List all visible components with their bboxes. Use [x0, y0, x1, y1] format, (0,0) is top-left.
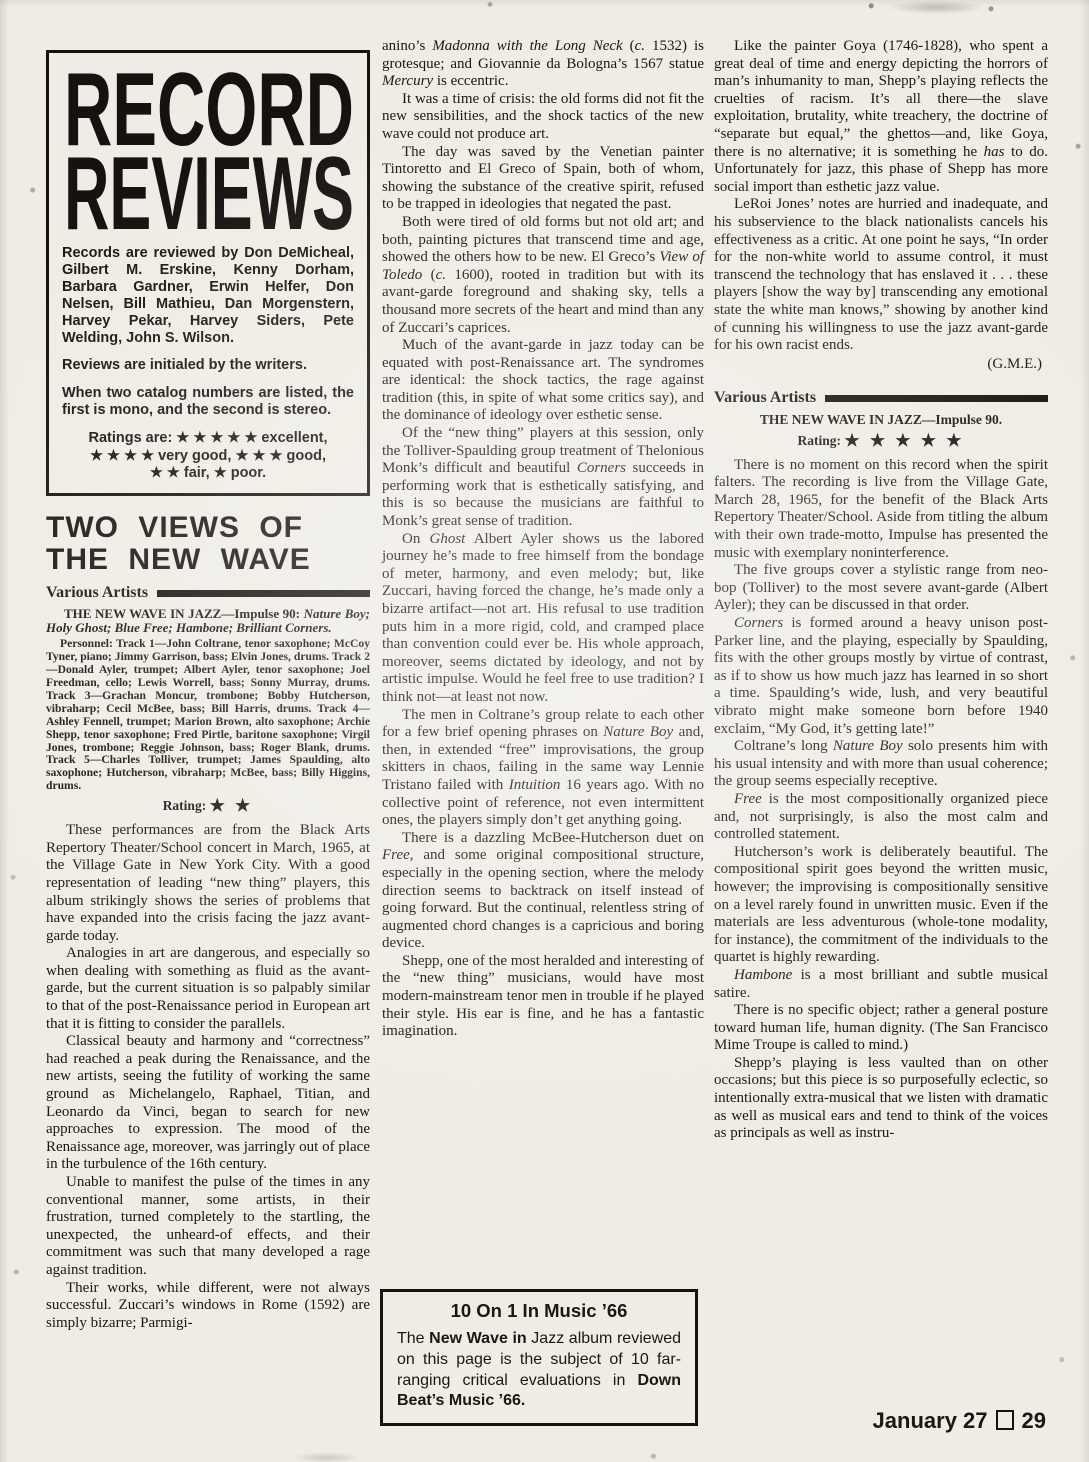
catalog-note: When two catalog numbers are listed, the… — [62, 385, 354, 419]
paragraph: Of the “new thing” players at this sessi… — [382, 425, 704, 531]
text-segment: c. — [635, 38, 645, 54]
ratings-legend: Ratings are: ★ ★ ★ ★ ★ excellent,★ ★ ★ ★… — [62, 430, 354, 483]
review2-body: There is no moment on this record when t… — [714, 457, 1048, 1143]
text-segment: is eccentric. — [433, 73, 508, 89]
promo-box: 10 On 1 In Music ’66 The New Wave in Jaz… — [380, 1289, 698, 1426]
heading-rule-bar — [157, 590, 370, 597]
paragraph: Analogies in art are dangerous, and espe… — [46, 945, 370, 1033]
text-segment: It was a time of crisis: the old forms d… — [382, 91, 704, 142]
record-reviews-logo: RECORD REVIEWS — [62, 67, 356, 233]
paragraph: These performances are from the Black Ar… — [46, 822, 370, 945]
text-segment: Ghost — [430, 531, 466, 547]
text-segment: Mercury — [382, 73, 433, 89]
text-segment: Free — [734, 791, 762, 807]
text-segment: ( — [422, 267, 435, 283]
promo-box-body: The New Wave in Jazz album reviewed on t… — [397, 1329, 681, 1412]
footer-square-icon — [996, 1410, 1014, 1430]
text-segment: Free, — [382, 847, 414, 863]
paragraph: Shepp, one of the most heralded and inte… — [382, 953, 704, 1041]
paragraph: It was a time of crisis: the old forms d… — [382, 91, 704, 144]
paragraph: On Ghost Albert Ayler shows us the labor… — [382, 531, 704, 707]
article-title: TWO VIEWS OFTHE NEW WAVE — [46, 512, 370, 576]
album-title-line-2: THE NEW WAVE IN JAZZ—Impulse 90. — [714, 412, 1048, 428]
paragraph: The five groups cover a stylistic range … — [714, 562, 1048, 615]
page-footer: January 2729 — [714, 1408, 1046, 1434]
text-line: TWO VIEWS OF — [46, 512, 370, 544]
reviewers-note: Records are reviewed by Don DeMicheal, G… — [62, 245, 354, 346]
text-segment: The five groups cover a stylistic range … — [714, 562, 1048, 613]
footer-issue-date: January 27 — [873, 1408, 988, 1433]
text-segment: There is a dazzling McBee-Hutcherson due… — [402, 830, 704, 846]
text-segment: Personnel: Track 1—John Coltrane, tenor … — [46, 637, 370, 792]
personnel-listing: Personnel: Track 1—John Coltrane, tenor … — [46, 638, 370, 793]
text-segment: is formed around a heavy unison post-Par… — [714, 615, 1048, 737]
paragraph: Like the painter Goya (1746-1828), who s… — [714, 38, 1048, 196]
text-segment: Intuition — [509, 777, 561, 793]
paragraph: There is a dazzling McBee-Hutcherson due… — [382, 830, 704, 953]
text-segment: and some original compositional structur… — [382, 847, 704, 951]
rating-line-2: Rating: ★ ★ ★ ★ ★ — [714, 431, 1048, 451]
paragraph: Corners is formed around a heavy unison … — [714, 615, 1048, 738]
paragraph: Much of the avant-garde in jazz today ca… — [382, 337, 704, 425]
paragraph: The day was saved by the Venetian painte… — [382, 144, 704, 214]
paragraph: Both were tired of old forms but not old… — [382, 214, 704, 337]
text-segment: is the most compositionally organized pi… — [714, 791, 1048, 842]
text-segment: ( — [623, 38, 635, 54]
text-segment: Nature Boy — [833, 738, 903, 754]
text-segment: The day was saved by the Venetian painte… — [382, 144, 704, 213]
text-segment: Analogies in art are dangerous, and espe… — [46, 945, 370, 1031]
text-segment: Unable to manifest the pulse of the time… — [46, 1174, 370, 1278]
text-segment: Nature Boy — [603, 724, 673, 740]
text-segment: There is no specific object; rather a ge… — [714, 1002, 1048, 1053]
rating-stars: ★ ★ ★ ★ ★ — [844, 431, 964, 450]
text-segment: Much of the avant-garde in jazz today ca… — [382, 337, 704, 423]
text-segment: New Wave in — [429, 1330, 527, 1347]
record-reviews-header-box: RECORD REVIEWS Records are reviewed by D… — [46, 50, 370, 496]
paragraph: Shepp’s playing is less vaulted than on … — [714, 1055, 1048, 1143]
text-segment: anino’s — [382, 38, 432, 54]
text-segment: LeRoi Jones’ notes are hurried and inade… — [714, 196, 1048, 353]
text-segment: Hambone — [734, 967, 792, 983]
album-title-line: THE NEW WAVE IN JAZZ—Impulse 90: Nature … — [46, 607, 370, 637]
paragraph: The men in Coltrane’s group relate to ea… — [382, 707, 704, 830]
artist-label: Various Artists — [714, 389, 816, 407]
rating-line: Rating: ★ ★ — [46, 796, 370, 816]
text-segment: Classical beauty and harmony and “correc… — [46, 1033, 370, 1172]
text-segment: Their works, while different, were not a… — [46, 1280, 370, 1331]
right-column-body: Like the painter Goya (1746-1828), who s… — [714, 38, 1048, 355]
heading-rule-bar — [825, 395, 1048, 402]
text-line: Ratings are: ★ ★ ★ ★ ★ excellent, — [62, 430, 354, 448]
initialed-note: Reviews are initialed by the writers. — [62, 357, 354, 374]
rating-label: Rating: — [797, 433, 841, 448]
paragraph: Coltrane’s long Nature Boy solo presents… — [714, 738, 1048, 791]
text-segment: c. — [436, 267, 446, 283]
text-segment: Shepp, one of the most heralded and inte… — [382, 953, 704, 1039]
right-column: Like the painter Goya (1746-1828), who s… — [714, 38, 1048, 1143]
text-segment: has — [984, 144, 1005, 160]
text-line: THE NEW WAVE — [46, 544, 370, 576]
text-segment: Hutcherson’s work is deliberately beauti… — [714, 844, 1048, 966]
text-line: ★ ★ ★ ★ very good, ★ ★ ★ good, — [62, 448, 354, 466]
text-segment: These performances are from the Black Ar… — [46, 822, 370, 944]
text-segment: Albert Ayler shows us the labored journe… — [382, 531, 704, 705]
text-line: ★ ★ fair, ★ poor. — [62, 465, 354, 483]
artist-label: Various Artists — [46, 584, 148, 602]
footer-page-number: 29 — [1022, 1408, 1046, 1433]
middle-column: anino’s Madonna with the Long Neck (c. 1… — [382, 38, 704, 1041]
reviewer-initials: (G.M.E.) — [714, 356, 1048, 373]
paragraph: Classical beauty and harmony and “correc… — [46, 1033, 370, 1174]
left-column: RECORD REVIEWS Records are reviewed by D… — [46, 50, 370, 1332]
paragraph: Their works, while different, were not a… — [46, 1280, 370, 1333]
left-column-body: These performances are from the Black Ar… — [46, 822, 370, 1332]
text-segment: Coltrane’s long — [734, 738, 833, 754]
text-segment: THE NEW WAVE IN JAZZ—Impulse 90: — [64, 606, 304, 621]
artist-heading: Various Artists — [46, 584, 370, 602]
text-segment: On — [402, 531, 430, 547]
logo-line-2: REVIEWS — [64, 136, 354, 233]
paragraph: Unable to manifest the pulse of the time… — [46, 1174, 370, 1280]
paragraph: Hutcherson’s work is deliberately beauti… — [714, 844, 1048, 967]
text-segment: The — [397, 1330, 429, 1347]
paragraph: There is no specific object; rather a ge… — [714, 1002, 1048, 1055]
middle-column-body: anino’s Madonna with the Long Neck (c. 1… — [382, 38, 704, 1041]
paragraph: Free is the most compositionally organiz… — [714, 791, 1048, 844]
paragraph: anino’s Madonna with the Long Neck (c. 1… — [382, 38, 704, 91]
text-segment: Like the painter Goya (1746-1828), who s… — [714, 38, 1048, 160]
paragraph: Hambone is a most brilliant and subtle m… — [714, 967, 1048, 1002]
magazine-page: RECORD REVIEWS Records are reviewed by D… — [0, 0, 1089, 1462]
artist-heading-2: Various Artists — [714, 389, 1048, 407]
text-segment: Shepp’s playing is less vaulted than on … — [714, 1055, 1048, 1141]
text-segment: Corners — [734, 615, 783, 631]
text-segment: Corners — [577, 460, 626, 476]
text-segment: Both were tired of old forms but not old… — [382, 214, 704, 265]
rating-stars: ★ ★ — [210, 796, 254, 815]
paragraph: LeRoi Jones’ notes are hurried and inade… — [714, 196, 1048, 354]
rating-label: Rating: — [163, 798, 207, 813]
paragraph: There is no moment on this record when t… — [714, 457, 1048, 563]
text-segment: There is no moment on this record when t… — [714, 457, 1048, 561]
text-segment: Madonna with the Long Neck — [432, 38, 622, 54]
promo-box-title: 10 On 1 In Music ’66 — [397, 1300, 681, 1322]
